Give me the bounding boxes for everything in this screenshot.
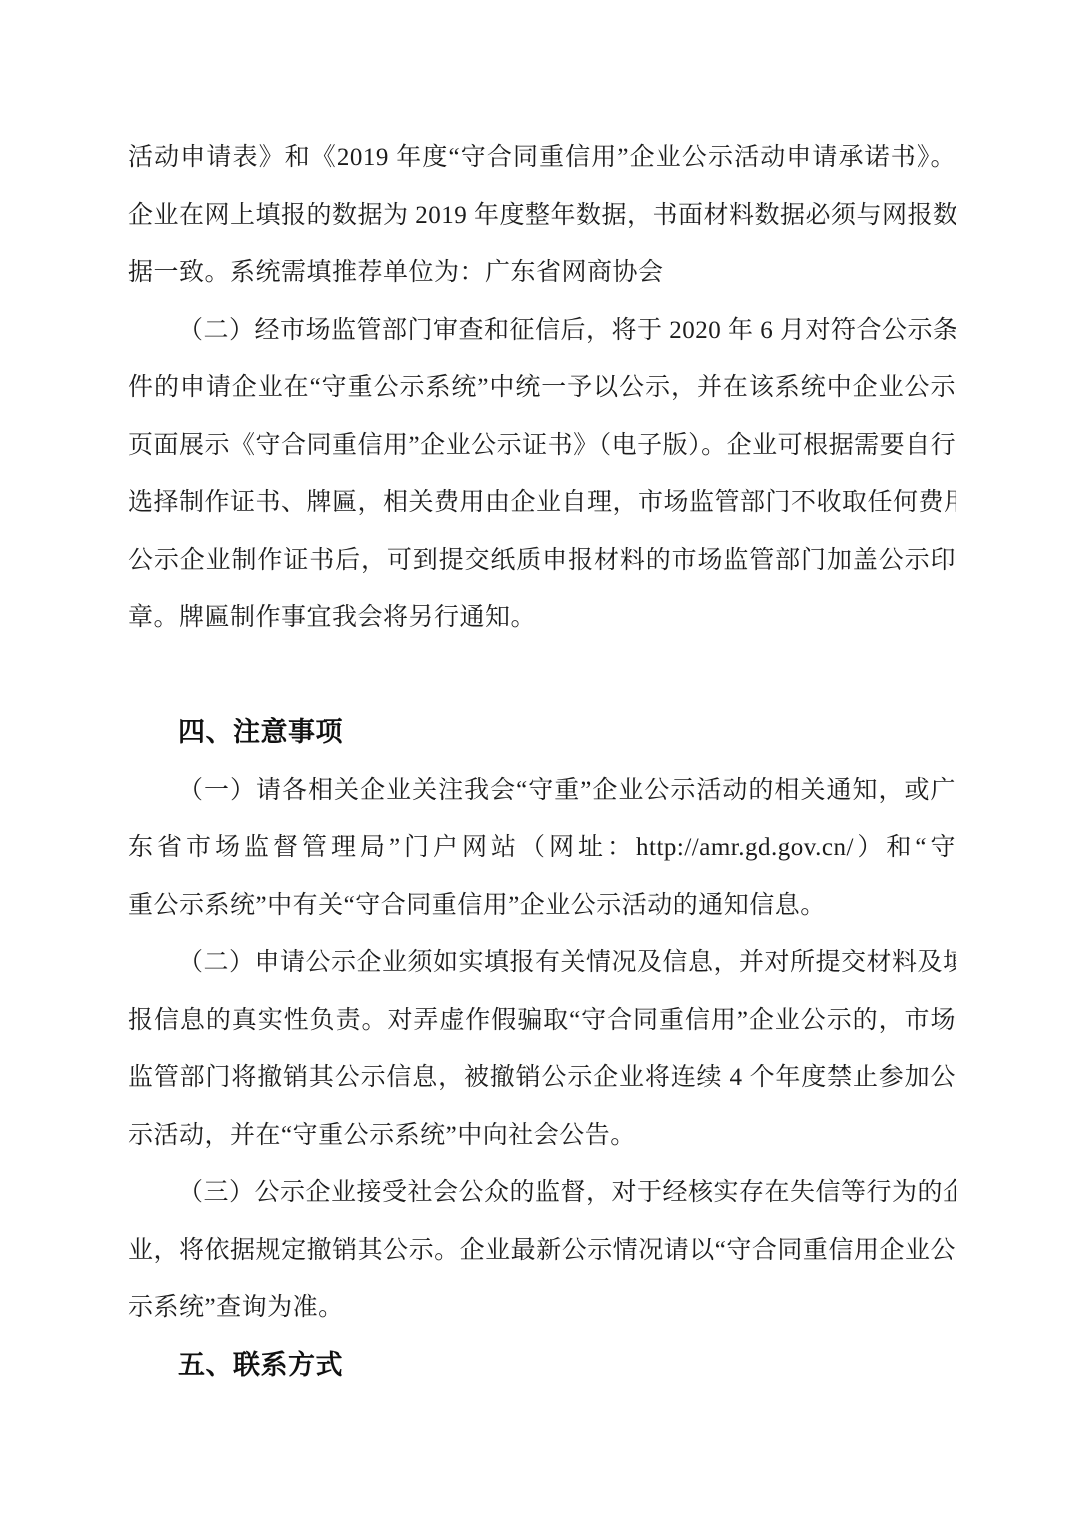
body-line: 据一致。系统需填推荐单位为：广东省网商协会 [128, 244, 956, 302]
body-line: （一）请各相关企业关注我会“守重”企业公示活动的相关通知，或广 [128, 762, 956, 820]
document-page: 活动申请表》和《2019 年度“守合同重信用”企业公示活动申请承诺书》。 企业在… [0, 0, 1080, 1527]
body-line: 业，将依据规定撤销其公示。企业最新公示情况请以“守合同重信用企业公 [128, 1222, 956, 1280]
body-line: 选择制作证书、牌匾，相关费用由企业自理，市场监管部门不收取任何费用。 [128, 474, 956, 532]
body-line: （二）申请公示企业须如实填报有关情况及信息，并对所提交材料及填 [128, 934, 956, 992]
body-line: 章。牌匾制作事宜我会将另行通知。 [128, 589, 956, 647]
body-line: 件的申请企业在“守重公示系统”中统一予以公示，并在该系统中企业公示 [128, 359, 956, 417]
body-line: 页面展示《守合同重信用”企业公示证书》（电子版）。企业可根据需要自行 [128, 417, 956, 475]
body-line: （三）公示企业接受社会公众的监督，对于经核实存在失信等行为的企 [128, 1164, 956, 1222]
body-line: （二）经市场监管部门审查和征信后，将于 2020 年 6 月对符合公示条 [128, 302, 956, 360]
section-heading-contact: 五、联系方式 [128, 1337, 956, 1395]
body-line: 东省市场监督管理局”门户网站（网址：http://amr.gd.gov.cn/）… [128, 819, 956, 877]
blank-line [128, 647, 956, 705]
body-line: 重公示系统”中有关“守合同重信用”企业公示活动的通知信息。 [128, 877, 956, 935]
body-line: 活动申请表》和《2019 年度“守合同重信用”企业公示活动申请承诺书》。 [128, 129, 956, 187]
body-line: 示系统”查询为准。 [128, 1279, 956, 1337]
body-line: 示活动，并在“守重公示系统”中向社会公告。 [128, 1107, 956, 1165]
body-line: 企业在网上填报的数据为 2019 年度整年数据，书面材料数据必须与网报数 [128, 187, 956, 245]
section-heading-notes: 四、注意事项 [128, 704, 956, 762]
body-line: 公示企业制作证书后，可到提交纸质申报材料的市场监管部门加盖公示印 [128, 532, 956, 590]
document-text-block: 活动申请表》和《2019 年度“守合同重信用”企业公示活动申请承诺书》。 企业在… [128, 129, 956, 1394]
body-line: 监管部门将撤销其公示信息，被撤销公示企业将连续 4 个年度禁止参加公 [128, 1049, 956, 1107]
body-line: 报信息的真实性负责。对弄虚作假骗取“守合同重信用”企业公示的，市场 [128, 992, 956, 1050]
